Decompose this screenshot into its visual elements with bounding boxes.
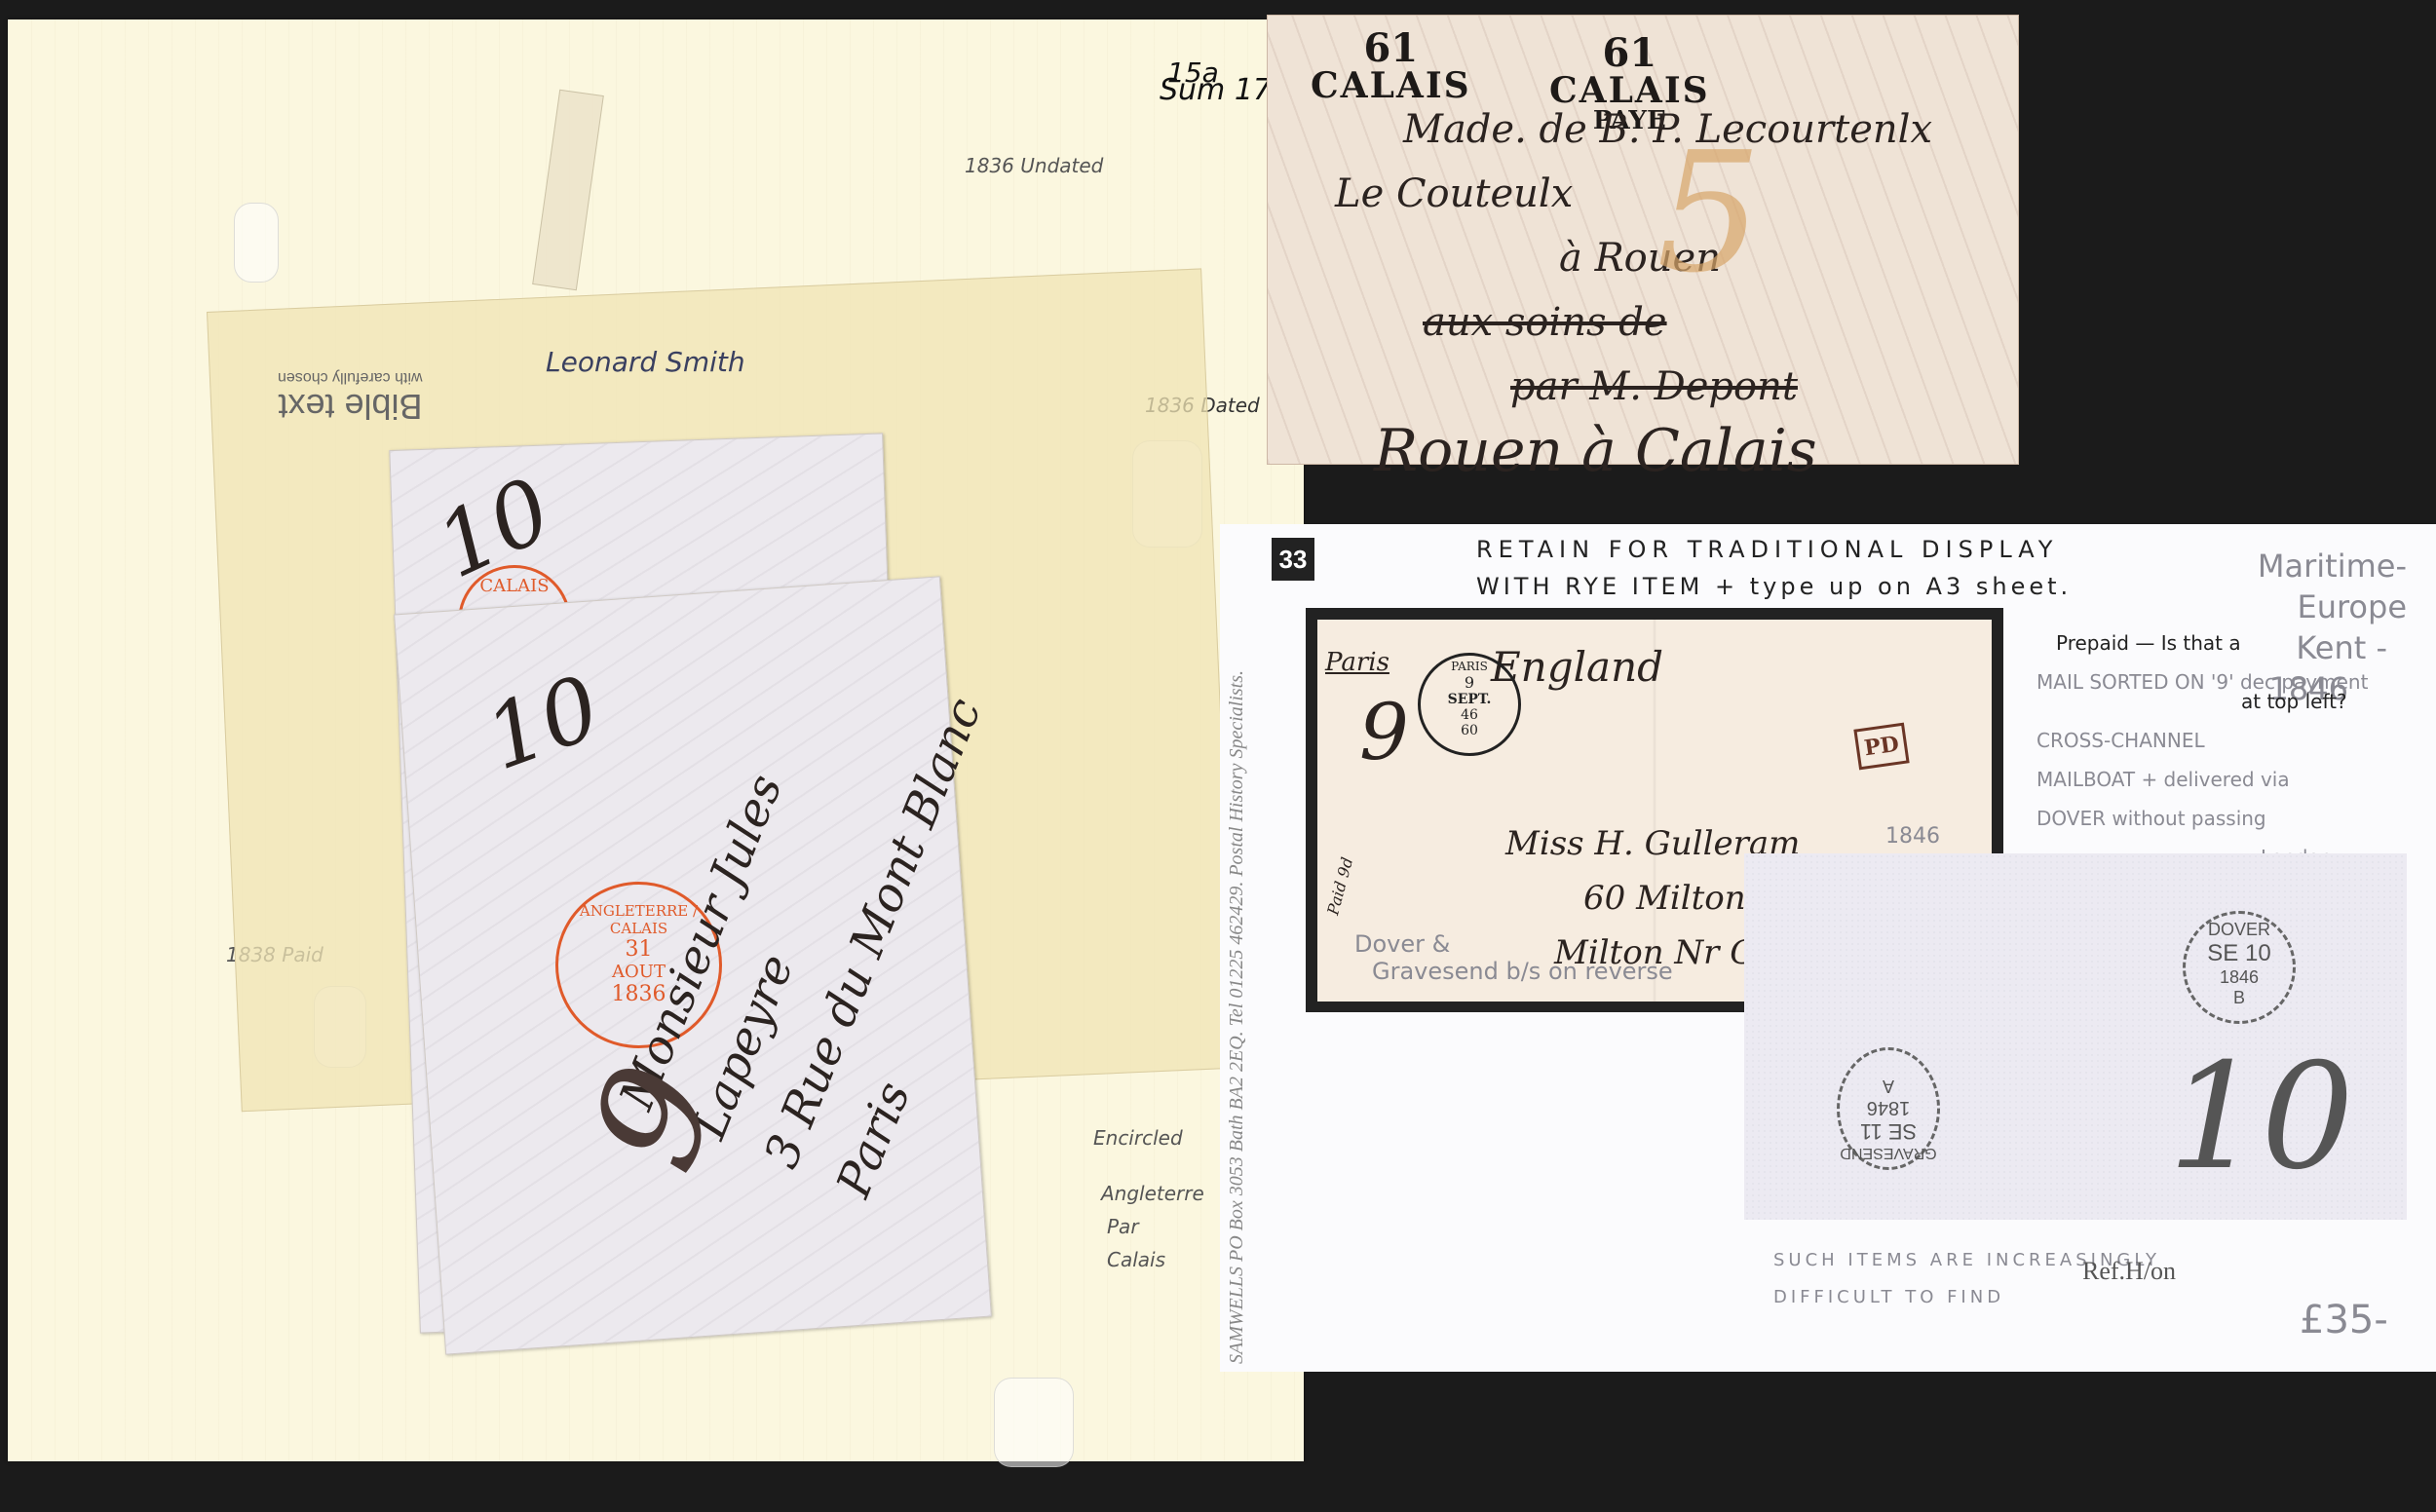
cover-rate-mark: 9: [1359, 687, 1409, 777]
photo-hinge: [234, 203, 279, 283]
dover-cds: DOVER SE 10 1846 B: [2183, 911, 2296, 1024]
gravesend-cds: GRAVESEND SE 11 1846 A: [1837, 1047, 1940, 1170]
pd-mark: PD: [1853, 723, 1909, 771]
cover-calais-rate: 5: [1656, 117, 1762, 310]
annotation-route: Angleterre Par Calais: [1101, 1177, 1204, 1276]
sleeve-print: Bible text with carefully chosen: [278, 368, 423, 427]
signature: Leonard Smith: [546, 346, 745, 378]
annotation-encircled: Encircled: [1093, 1126, 1183, 1150]
annotation-undated: 1836 Undated: [965, 154, 1103, 177]
paris-cds: PARIS 9 SEPT. 46 60: [1418, 653, 1521, 756]
top-note-2: Sum 17: [1160, 73, 1272, 107]
side-note: Prepaid — Is that a MAIL SORTED ON '9' d…: [2036, 624, 2426, 887]
reverse-rate-mark: 10: [2168, 1033, 2354, 1202]
sleeve-print-line1: with carefully chosen: [278, 368, 423, 386]
cover-pencil-bottom: Dover & Gravesend b/s on reverse: [1354, 930, 1673, 985]
sleeve-print-line2: Bible text: [278, 386, 423, 427]
reference-code: Ref.H/on: [2082, 1257, 2176, 1286]
photo-hinge: [994, 1378, 1074, 1467]
route-line: Calais: [1101, 1243, 1204, 1276]
lot-number-badge: 33: [1272, 538, 1314, 581]
price: £35-: [2300, 1298, 2388, 1342]
route-line: Par: [1101, 1210, 1204, 1243]
header-note: RETAIN FOR TRADITIONAL DISPLAY WITH RYE …: [1476, 536, 2072, 600]
cover-origin-note: Paris: [1325, 648, 1389, 677]
dealer-imprint: SAMWELLS PO Box 3053 Bath BA2 2EQ. Tel 0…: [1226, 565, 1248, 1364]
calais-stamp-left: 61 CALAIS: [1311, 29, 1471, 103]
route-line: Angleterre: [1101, 1177, 1204, 1210]
